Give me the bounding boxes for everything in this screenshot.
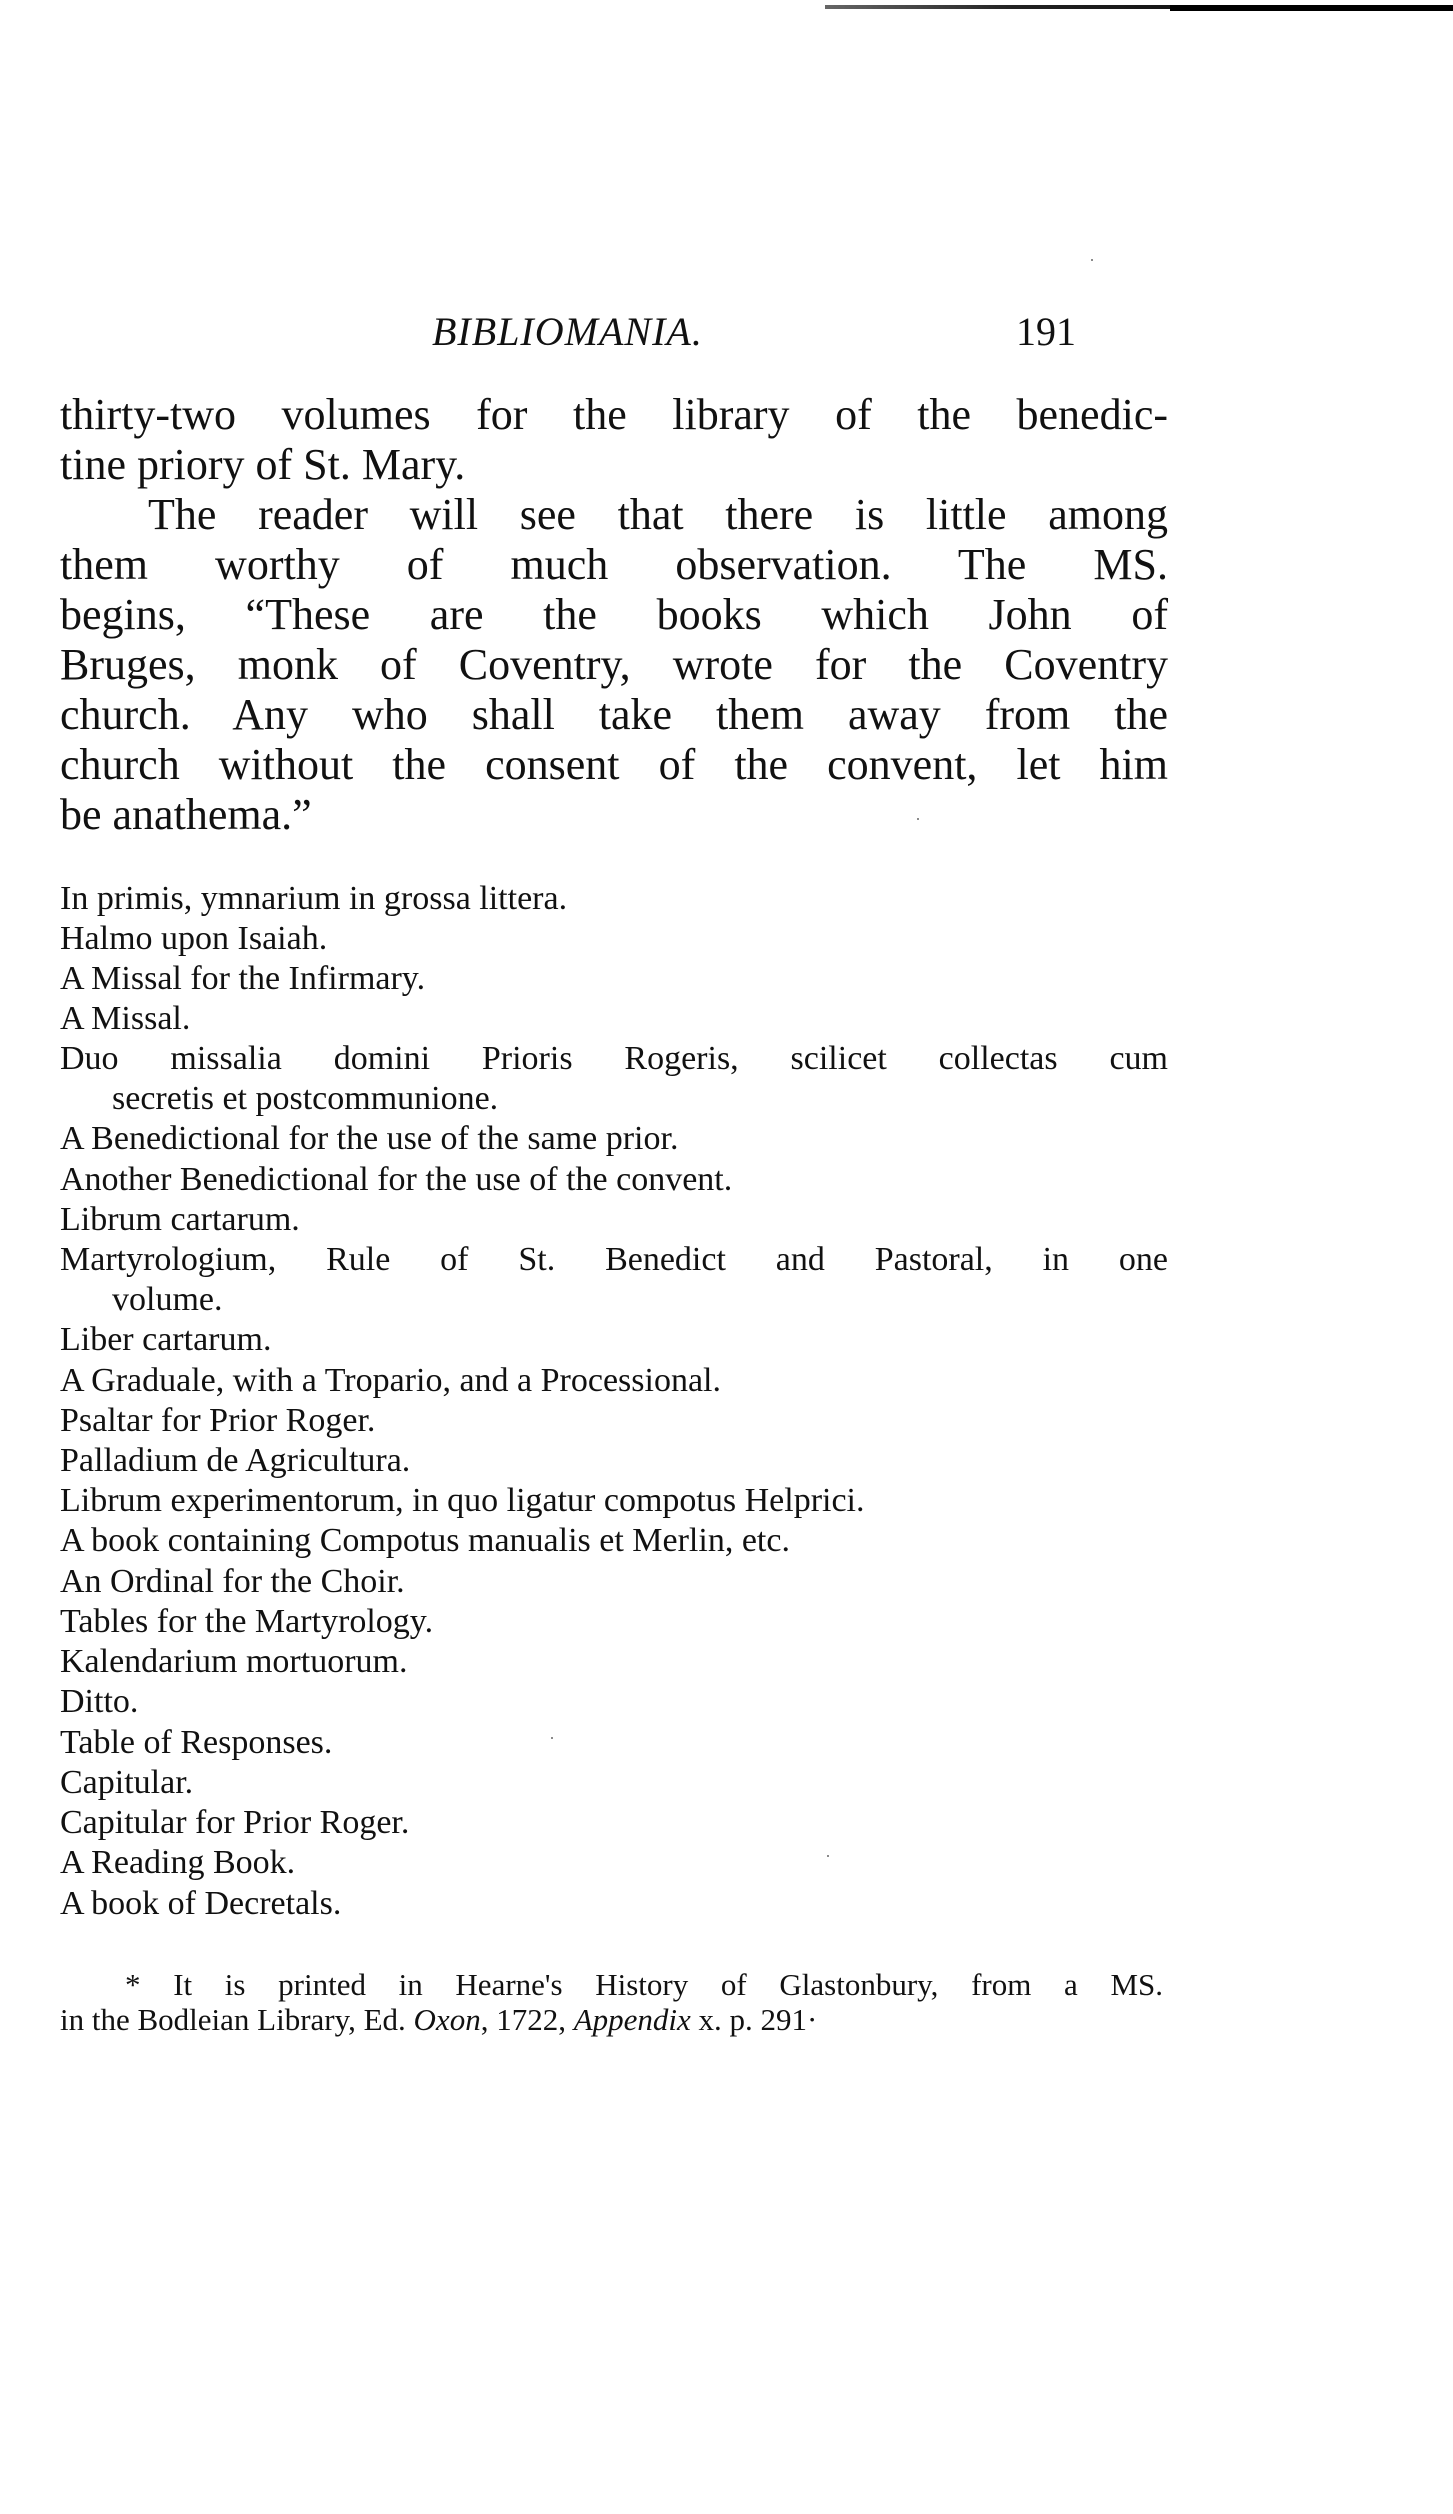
list-item: Duo missalia domini Prioris Rogeris, sci… — [60, 1042, 1168, 1076]
list-item: Librum experimentorum, in quo ligatur co… — [60, 1484, 865, 1518]
list-item: Kalendarium mortuorum. — [60, 1645, 407, 1679]
list-item: Ditto. — [60, 1685, 138, 1719]
footnote-line: * It is printed in Hearne's History of G… — [125, 1969, 1163, 2000]
print-speck — [917, 818, 919, 820]
list-item: An Ordinal for the Choir. — [60, 1565, 405, 1599]
list-item: Librum cartarum. — [60, 1203, 300, 1237]
list-item: Table of Responses. — [60, 1726, 332, 1760]
footnote-text: x. p. 291· — [691, 2002, 818, 2037]
list-item: Tables for the Martyrology. — [60, 1605, 433, 1639]
list-item: A Graduale, with a Tropario, and a Proce… — [60, 1364, 721, 1398]
paragraph-line: them worthy of much observation. The MS. — [60, 543, 1168, 587]
list-item: Psaltar for Prior Roger. — [60, 1404, 375, 1438]
footnote-oxon: Oxon — [414, 2002, 481, 2037]
footnote-marker: * — [125, 1967, 141, 2002]
page-number: 191 — [1016, 312, 1076, 352]
list-item: Liber cartarum. — [60, 1323, 271, 1357]
paragraph-line: church. Any who shall take them away fro… — [60, 693, 1168, 737]
footnote-appendix: Appendix — [574, 2002, 691, 2037]
list-item: Capitular. — [60, 1766, 193, 1800]
footnote-text: , 1722, — [481, 2002, 574, 2037]
print-speck — [1091, 259, 1093, 261]
print-speck — [827, 1855, 829, 1857]
list-item: Palladium de Agricultura. — [60, 1444, 410, 1478]
list-item: A Missal. — [60, 1002, 190, 1036]
list-item-continuation: volume. — [112, 1283, 222, 1317]
running-head-title: BIBLIOMANIA. — [432, 312, 703, 352]
paragraph-line: thirty-two volumes for the library of th… — [60, 393, 1168, 437]
list-item: Halmo upon Isaiah. — [60, 922, 327, 956]
list-item-continuation: secretis et postcommunione. — [112, 1082, 498, 1116]
paragraph-line: Bruges, monk of Coventry, wrote for the … — [60, 643, 1168, 687]
list-item: Another Benedictional for the use of the… — [60, 1163, 732, 1197]
paragraph-line: be anathema.” — [60, 793, 1168, 837]
list-item: Martyrologium, Rule of St. Benedict and … — [60, 1243, 1168, 1277]
list-item: In primis, ymnarium in grossa littera. — [60, 882, 567, 916]
paragraph-line: church without the consent of the conven… — [60, 743, 1168, 787]
footnote-text: in the Bodleian Library, Ed. — [60, 2002, 414, 2037]
list-item: Capitular for Prior Roger. — [60, 1806, 409, 1840]
list-item: A book containing Compotus manualis et M… — [60, 1524, 790, 1558]
list-item: A Missal for the Infirmary. — [60, 962, 425, 996]
paragraph-line: begins, “These are the books which John … — [60, 593, 1168, 637]
paragraph-line: The reader will see that there is little… — [148, 493, 1168, 537]
list-item: A Benedictional for the use of the same … — [60, 1122, 678, 1156]
print-speck — [551, 1737, 553, 1739]
footnote-text: It is printed in Hearne's History of Gla… — [173, 1967, 1163, 2002]
list-item: A Reading Book. — [60, 1846, 295, 1880]
footnote-line: in the Bodleian Library, Ed. Oxon, 1722,… — [60, 2004, 1163, 2035]
list-item: A book of Decretals. — [60, 1887, 341, 1921]
paragraph-line: tine priory of St. Mary. — [60, 443, 1168, 487]
top-rule-line-thick — [1170, 5, 1453, 11]
